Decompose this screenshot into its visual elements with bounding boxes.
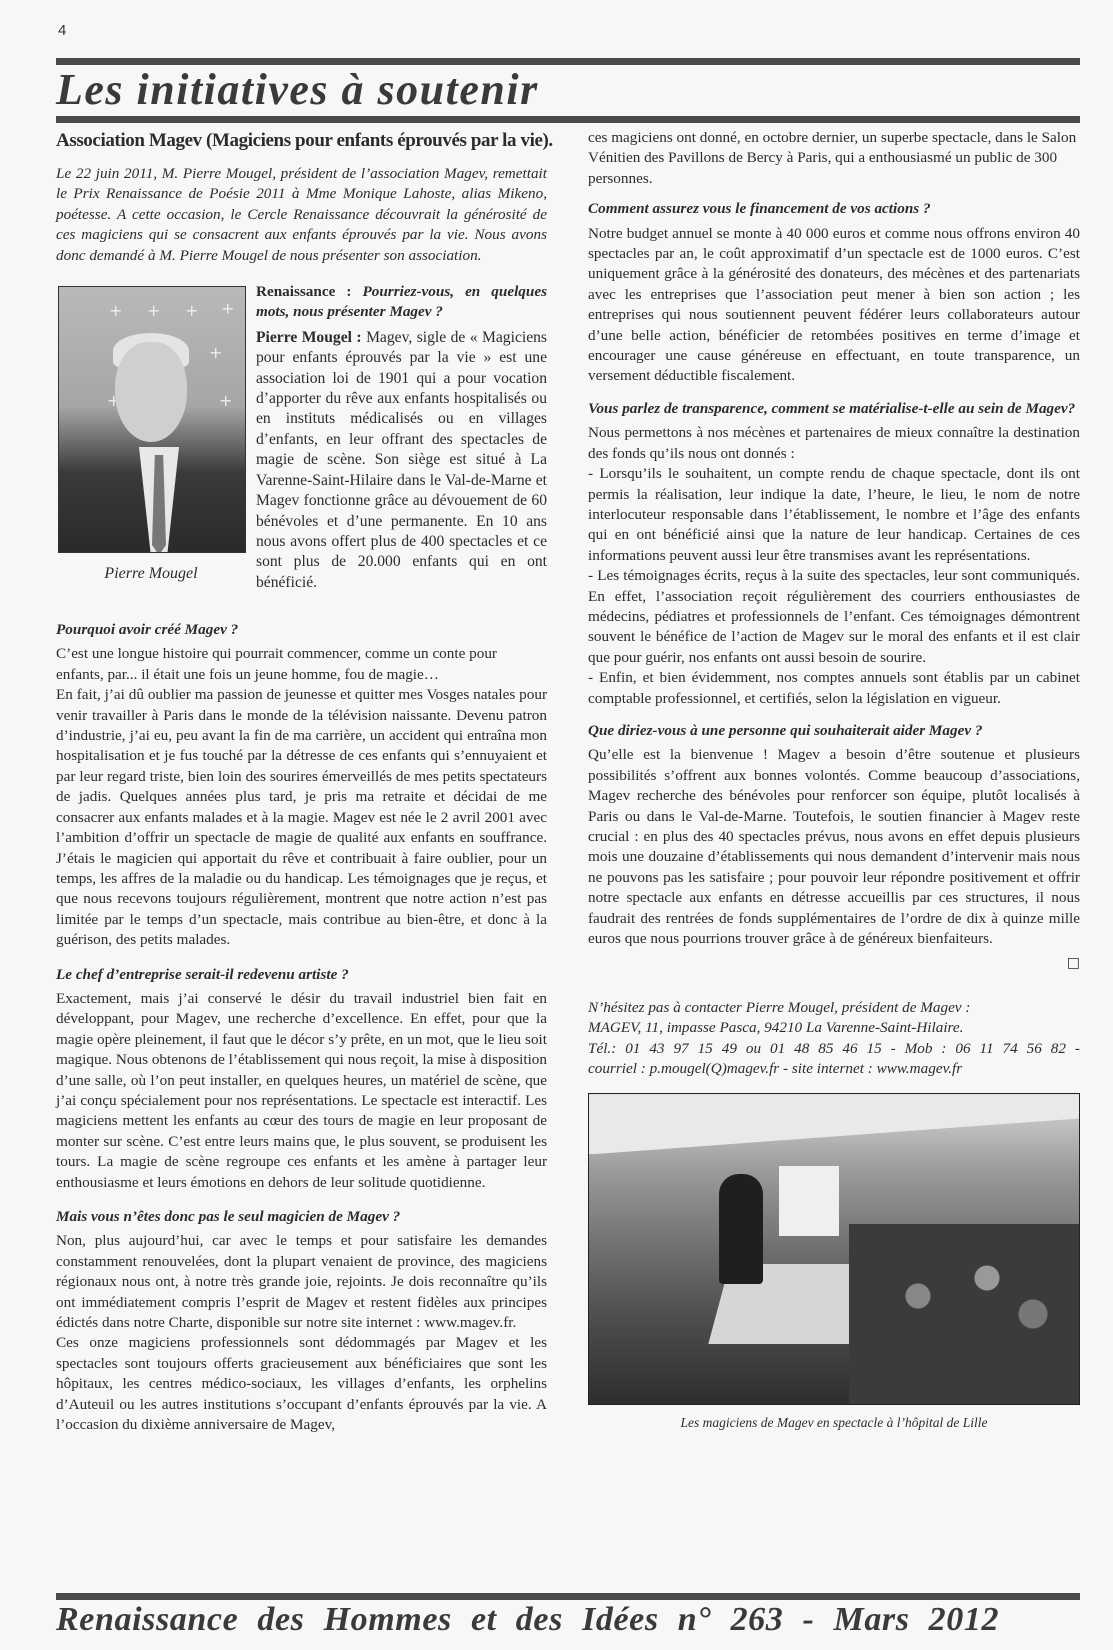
answer-4-p2-left: Ces onze magiciens professionnels sont d… [56, 1333, 547, 1435]
answer-3: Exactement, mais j’ai conservé le désir … [56, 989, 547, 1193]
q1-speaker: Renaissance : [256, 283, 351, 300]
right-column: ces magiciens ont donné, en octobre dern… [588, 128, 1080, 1434]
interview-intro: Renaissance : Pourriez-vous, en quelques… [256, 282, 547, 593]
answer-6-p2: - Lorsqu’ils le souhaitent, un compte re… [588, 464, 1080, 566]
answer-2-p1: C’est une longue histoire qui pourrait c… [56, 644, 547, 685]
question-2: Pourquoi avoir créé Magev ? [56, 620, 547, 640]
footer-rule [56, 1593, 1080, 1600]
end-of-article-icon: □ [588, 953, 1080, 973]
header-rule-bottom [56, 116, 1080, 123]
question-6: Vous parlez de transparence, comment se … [588, 399, 1080, 419]
contact-phone: Tél.: 01 43 97 15 49 ou 01 48 85 46 15 -… [588, 1039, 1080, 1059]
contact-email-website: courriel : p.mougel(Q)magev.fr - site in… [588, 1059, 1080, 1079]
question-3: Le chef d’entreprise serait-il redevenu … [56, 965, 547, 985]
answer-7: Qu’elle est la bienvenue ! Magev a besoi… [588, 745, 1080, 949]
portrait-photo: + + + + + + + [58, 286, 246, 553]
event-photo-caption: Les magiciens de Magev en spectacle à l’… [588, 1413, 1080, 1433]
contact-address: MAGEV, 11, impasse Pasca, 94210 La Varen… [588, 1018, 1080, 1038]
answer-4-continued: ces magiciens ont donné, en octobre dern… [588, 128, 1080, 189]
portrait-caption: Pierre Mougel [56, 564, 246, 584]
question-4: Mais vous n’êtes donc pas le seul magici… [56, 1207, 547, 1227]
contact-block: N’hésitez pas à contacter Pierre Mougel,… [588, 998, 1080, 1080]
profile-block: + + + + + + + Pierre Mougel Renaissance … [56, 282, 547, 612]
section-title: Les initiatives à soutenir [56, 62, 539, 118]
answer-6-p3: - Les témoignages écrits, reçus à la sui… [588, 566, 1080, 668]
publication-footer: Renaissance des Hommes et des Idées n° 2… [56, 1601, 1080, 1639]
a1-speaker: Pierre Mougel : [256, 329, 362, 346]
page-number: 4 [58, 22, 66, 39]
left-column: Association Magev (Magiciens pour enfant… [56, 128, 547, 1435]
answer-4-p1: Non, plus aujourd’hui, car avec le temps… [56, 1231, 547, 1333]
question-7: Que diriez-vous à une personne qui souha… [588, 721, 1080, 741]
answer-5: Notre budget annuel se monte à 40 000 eu… [588, 224, 1080, 387]
answer-1: Magev, sigle de « Magiciens pour enfants… [256, 329, 547, 591]
article-subtitle: Association Magev (Magiciens pour enfant… [56, 128, 547, 154]
event-photo [588, 1093, 1080, 1405]
article-intro: Le 22 juin 2011, M. Pierre Mougel, prési… [56, 164, 547, 266]
question-5: Comment assurez vous le financement de v… [588, 199, 1080, 219]
contact-line-1: N’hésitez pas à contacter Pierre Mougel,… [588, 998, 1080, 1018]
answer-6-p1: Nous permettons à nos mécènes et partena… [588, 423, 1080, 464]
answer-6-p4: - Enfin, et bien évidemment, nos comptes… [588, 668, 1080, 709]
answer-2-p2: En fait, j’ai dû oublier ma passion de j… [56, 685, 547, 950]
